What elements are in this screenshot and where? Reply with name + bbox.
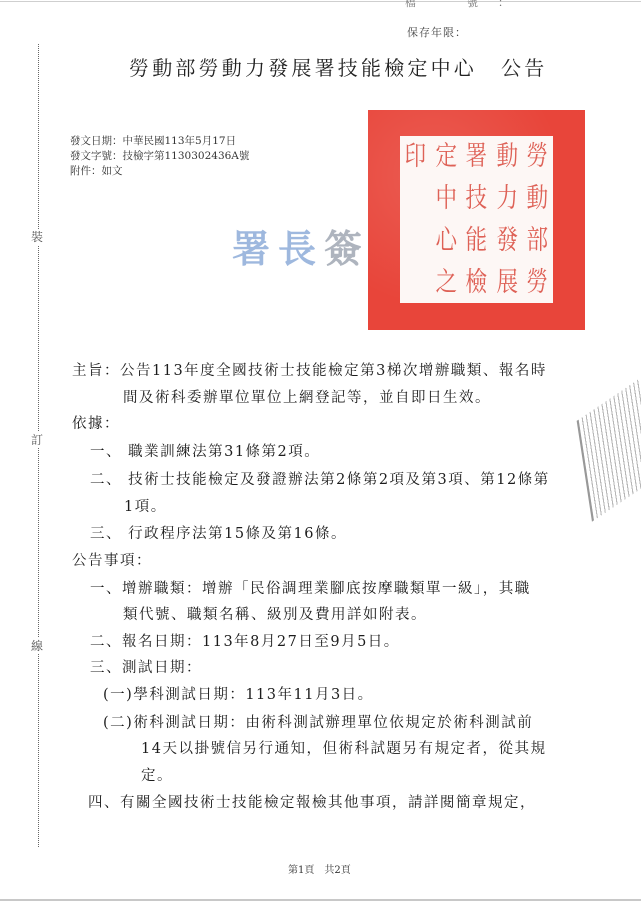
- total-pages: 共2頁: [324, 865, 350, 876]
- seal-char: 定: [434, 136, 458, 178]
- basis-item-2-cont: 1項。: [124, 495, 167, 516]
- notice-item-1: 一、增辦職類：增辦「民俗調理業腳底按摩職類單一級」，其職: [90, 577, 531, 598]
- stamp-char: 署: [232, 218, 278, 273]
- official-red-seal: 勞 動 部 勞 動 力 發 展 署 技 能 檢 定 中 心 之 印: [368, 110, 585, 330]
- seal-char: 部: [525, 220, 549, 262]
- stamp-char: 長: [278, 218, 324, 273]
- notice-item-3: 三、測試日期：: [90, 656, 202, 677]
- seal-char: 力: [495, 178, 519, 220]
- seal-char: 展: [495, 261, 519, 303]
- notice-label: 公告事項：: [72, 549, 152, 570]
- seal-char: 技: [464, 178, 488, 220]
- page-top-edge: [0, 1, 641, 2]
- document-number: 發文字號：技檢字第1130302436A號: [70, 149, 249, 164]
- notice-item-3-sub-2: (二)術科測試日期：由術科測試辦理單位依規定於術科測試前: [103, 711, 533, 732]
- binding-char-ding: 訂: [31, 432, 43, 448]
- issue-date: 發文日期：中華民國113年5月17日: [70, 134, 249, 149]
- document-meta: 發文日期：中華民國113年5月17日 發文字號：技檢字第1130302436A號…: [70, 134, 249, 179]
- side-received-stamp: [577, 378, 641, 521]
- subject-line-2: 間及術科委辦單位單位上網登記等，並自即日生效。: [123, 386, 491, 407]
- seal-char: 勞: [525, 136, 549, 178]
- notice-item-1-cont: 類代號、職類名稱、級別及費用詳如附表。: [123, 603, 427, 624]
- seal-inscription: 勞 動 部 勞 動 力 發 展 署 技 能 檢 定 中 心 之 印: [400, 136, 553, 303]
- seal-char: 中: [434, 178, 458, 220]
- file-number-label: 檔 號：: [405, 0, 529, 10]
- seal-char: 勞: [525, 261, 549, 303]
- notice-item-3-sub-2-cont: 14天以掛號信另行通知，但術科試題另有規定者，從其規: [141, 737, 546, 758]
- seal-char: 之: [434, 261, 458, 303]
- page-bottom-edge: [0, 899, 641, 901]
- document-title: 勞動部勞動力發展署技能檢定中心公告: [129, 52, 547, 81]
- basis-item-3: 三、 行政程序法第15條及第16條。: [90, 522, 347, 543]
- seal-char: 印: [403, 136, 427, 178]
- binding-char-xian: 線: [31, 638, 43, 654]
- agency-name: 勞動部勞動力發展署技能檢定中心: [129, 56, 477, 80]
- notice-item-4: 四、有關全國技術士技能檢定報檢其他事項，請詳閱簡章規定，: [88, 791, 536, 812]
- stamp-char: 簽: [324, 218, 370, 273]
- notice-item-2: 二、報名日期：113年8月27日至9月5日。: [90, 630, 400, 651]
- seal-char: 心: [434, 220, 458, 262]
- binding-char-zhuang: 裝: [31, 229, 43, 245]
- seal-char: 動: [525, 178, 549, 220]
- retention-period-label: 保存年限：: [407, 24, 467, 40]
- attachment: 附件：如文: [70, 164, 249, 179]
- seal-char: 署: [464, 136, 488, 178]
- notice-item-3-sub-1: (一)學科測試日期：113年11月3日。: [103, 683, 374, 704]
- seal-char: 檢: [464, 261, 488, 303]
- page-number: 第1頁共2頁: [288, 861, 351, 876]
- seal-char: 發: [495, 220, 519, 262]
- notice-item-3-sub-2-end: 定。: [141, 764, 173, 785]
- subject-line-1: 主旨：公告113年度全國技術士技能檢定第3梯次增辦職類、報名時: [72, 359, 547, 380]
- blue-signature-stamp: 署長簽: [232, 218, 370, 273]
- document-type: 公告: [501, 56, 547, 80]
- seal-char: 動: [495, 136, 519, 178]
- seal-char: 能: [464, 220, 488, 262]
- basis-item-1: 一、 職業訓練法第31條第2項。: [90, 440, 320, 461]
- current-page: 第1頁: [288, 865, 314, 876]
- basis-item-2: 二、 技術士技能檢定及發證辦法第2條第2項及第3項、第12條第: [90, 468, 550, 489]
- basis-label: 依據：: [72, 412, 120, 433]
